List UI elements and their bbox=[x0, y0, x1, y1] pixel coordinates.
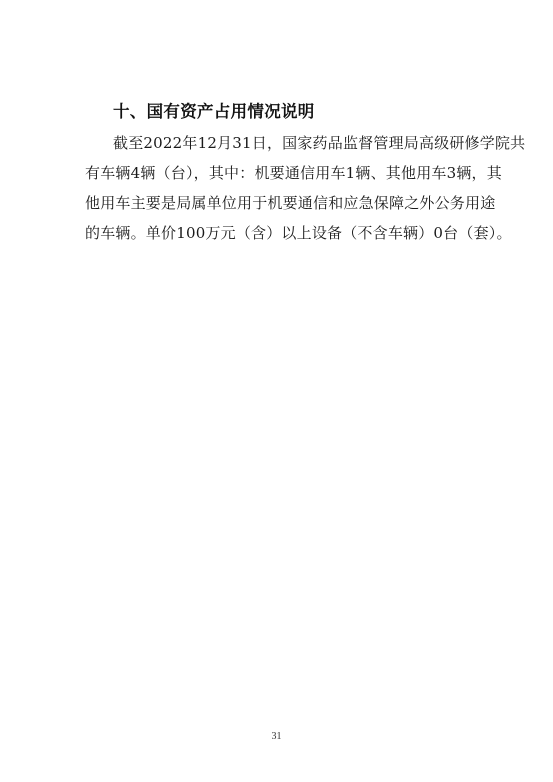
document-page: 十、国有资产占用情况说明 截至2022年12月31日，国家药品监督管理局高级研修… bbox=[0, 0, 553, 782]
page-number: 31 bbox=[0, 731, 553, 742]
paragraph-line: 有车辆4辆（台），其中：机要通信用车1辆、其他用车3辆，其 bbox=[85, 158, 469, 188]
paragraph-line: 截至2022年12月31日，国家药品监督管理局高级研修学院共 bbox=[85, 128, 469, 158]
paragraph-line: 的车辆。单价100万元（含）以上设备（不含车辆）0台（套）。 bbox=[85, 218, 469, 248]
paragraph-line: 他用车主要是局属单位用于机要通信和应急保障之外公务用途 bbox=[85, 188, 469, 218]
paragraph-asset-usage: 截至2022年12月31日，国家药品监督管理局高级研修学院共 有车辆4辆（台），… bbox=[85, 128, 469, 248]
section-heading: 十、国有资产占用情况说明 bbox=[113, 98, 315, 122]
